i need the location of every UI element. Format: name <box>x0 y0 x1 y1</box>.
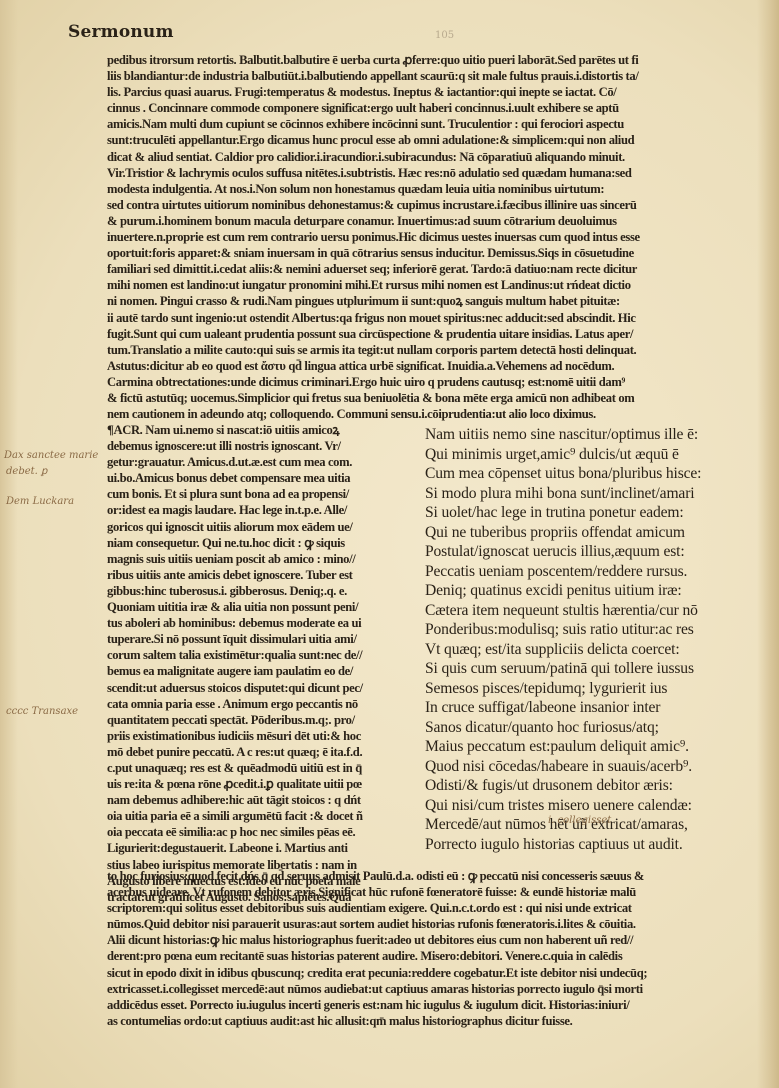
commentary-line: c.put unaquæq; res est & quēadmodū uitiū… <box>107 760 422 776</box>
handwritten-marginal-note: Dem Luckara <box>6 496 74 507</box>
verse-text-column: Nam uitiis nemo sine nascitur/optimus il… <box>425 425 770 854</box>
commentary-line: priis existimationibus iudiciis mēsuri d… <box>107 728 422 744</box>
commentary-line: mō debet punire peccatū. A c res:ut quæq… <box>107 744 422 760</box>
verse-line: Maius peccatum est:paulum deliquit amic⁹… <box>425 737 770 757</box>
verse-line: Sanos dicatur/quanto hoc furiosus/atq; <box>425 718 770 738</box>
commentary-line: Alii dicunt historias:ꝙ hic malus histor… <box>107 932 759 948</box>
commentary-line: quantitatem peccati spectāt. Pōderibus.m… <box>107 712 422 728</box>
commentary-line: niam consequetur. Qui ne.tu.hoc dicit : … <box>107 535 422 551</box>
verse-line: Vt quæq; est/ita suppliciis delicta coer… <box>425 640 770 660</box>
commentary-line: tum.Translatio a milite cauto:qui suis s… <box>107 342 759 358</box>
commentary-line: Ligurierit:degustauerit. Labeone i. Mart… <box>107 840 422 856</box>
commentary-line: extricasset.i.collegisset mercedē:aut nū… <box>107 981 759 997</box>
page-left-edge <box>0 0 18 1088</box>
commentary-line: corum saltem talia existimētur:qualia su… <box>107 647 422 663</box>
commentary-line: sunt:truculēti appellantur.Ergo dicamus … <box>107 132 759 148</box>
verse-line: Odisti/& fugis/ut drusonem debitor æris: <box>425 776 770 796</box>
commentary-line: uis re:ita & pœna rōne ꝓcedit.i.ꝑ qualit… <box>107 776 422 792</box>
commentary-line: bemus ea malignitate augere iam paulatim… <box>107 663 422 679</box>
commentary-line: amicis.Nam multi dum cupiunt se cōcinnos… <box>107 116 759 132</box>
handwritten-marginal-note: cccc Transaxe <box>6 706 78 717</box>
verse-line: Si uolet/hac lege in trutina ponetur ead… <box>425 503 770 523</box>
commentary-line: sicut in epodo dixit in idibus qbuscunq;… <box>107 965 759 981</box>
verse-line: In cruce suffigat/labeone insanior inter <box>425 698 770 718</box>
running-head: Sermonum <box>68 22 174 42</box>
commentary-line: cum bonis. Et si plura sunt bona ad ea p… <box>107 486 422 502</box>
commentary-line: to hoc furiosius:quod fecit dńs q̄ qd̄ s… <box>107 868 759 884</box>
commentary-line: lis. Parcius quasi auarus. Frugi:tempera… <box>107 84 759 100</box>
commentary-line: Astutus:dicitur ab eo quod est ἄστυ qd̄ … <box>107 358 759 374</box>
commentary-line: Carmina obtrectationes:unde dicimus crim… <box>107 374 759 390</box>
commentary-line: modesta indulgentia. At nos.i.Non solum … <box>107 181 759 197</box>
commentary-line: oia uitia paria eē a simili argumētū fac… <box>107 808 422 824</box>
commentary-line: inuertere.n.proprie est cum rem contrari… <box>107 229 759 245</box>
commentary-line: Quoniam uititia iræ & alia uitia non pos… <box>107 599 422 615</box>
handwritten-marginal-note: debet. ꝑ <box>6 466 47 477</box>
commentary-line: as contumelias ordo:ut captiuus audit:as… <box>107 1013 759 1029</box>
commentary-line: mihi nomen est landino:ut iungatur prono… <box>107 277 759 293</box>
verse-line: Deniq; quatinus excidi penitus uitium ir… <box>425 581 770 601</box>
commentary-bottom-block: to hoc furiosius:quod fecit dńs q̄ qd̄ s… <box>107 868 759 1029</box>
verse-line: Peccatis ueniam poscentem/reddere rursus… <box>425 562 770 582</box>
verse-line: Ponderibus:modulisq; suis ratio utitur:a… <box>425 620 770 640</box>
handwritten-marginal-note: Dax sanctee marie <box>4 450 98 461</box>
document-page: Sermonum 105 pedibus itrorsum retortis. … <box>0 0 779 1088</box>
commentary-line: magnis suis uitiis ueniam poscit ab amic… <box>107 551 422 567</box>
verse-line: Cætera item nequeunt stultis hærentia/cu… <box>425 601 770 621</box>
verse-line: Qui ne tuberibus propriis offendat amicu… <box>425 523 770 543</box>
commentary-line: liis blandiantur:de industria balbutiūt.… <box>107 68 759 84</box>
commentary-top-block: pedibus itrorsum retortis. Balbutit.balb… <box>107 52 759 422</box>
commentary-line: ui.bo.Amicus bonus debet compensare mea … <box>107 470 422 486</box>
commentary-line: acerbus uideare. Vt rufonem debitor æris… <box>107 884 759 900</box>
verse-line: Quod nisi cōcedas/habeare in suauis/acer… <box>425 757 770 777</box>
commentary-line: nūmos.Quid debitor nisi parauerit usuras… <box>107 916 759 932</box>
commentary-line: scriptorem:qui solitus esset debitoribus… <box>107 900 759 916</box>
commentary-line: ii autē tardo sunt ingenio:ut ostendit A… <box>107 310 759 326</box>
verse-line: Cum mea cōpenset uitus bona/pluribus his… <box>425 464 770 484</box>
verse-line: Semesos pisces/tepidumq; lygurierit ius <box>425 679 770 699</box>
commentary-line: scendit:ut aduersus stoicos disputet:qui… <box>107 680 422 696</box>
verse-line: Qui minimis urget,amic⁹ dulcis/ut æquū ē <box>425 445 770 465</box>
commentary-line: debemus ignoscere:ut illi nostris ignosc… <box>107 438 422 454</box>
commentary-line: fugit.Sunt qui cum ualeant prudentia pos… <box>107 326 759 342</box>
commentary-line: sed contra uirtutes uitiorum nominibus d… <box>107 197 759 213</box>
commentary-line: tus aboleri ab hominibus: debemus modera… <box>107 615 422 631</box>
commentary-line: gibbus:hinc tuberosus.i. gibberosus. Den… <box>107 583 422 599</box>
commentary-line: tuperare.Si nō possunt īquit dissimulari… <box>107 631 422 647</box>
commentary-line: goricos qui ignoscit uitiis aliorum mox … <box>107 519 422 535</box>
verse-line: Nam uitiis nemo sine nascitur/optimus il… <box>425 425 770 445</box>
verse-line: Si quis cum seruum/patinā qui tollere iu… <box>425 659 770 679</box>
commentary-line: & fictū astutūq; uocemus.Simplicior qui … <box>107 390 759 406</box>
commentary-line: cinnus . Concinnare commode componere si… <box>107 100 759 116</box>
commentary-line: dicat & aliud sentiat. Caldior pro calid… <box>107 149 759 165</box>
commentary-line: cata omnia paria esse . Animum ergo pecc… <box>107 696 422 712</box>
commentary-line: or:idest ea magis laudare. Hac lege in.t… <box>107 502 422 518</box>
handwritten-marginal-note: i. collegisset <box>548 815 611 826</box>
commentary-line: oportuit:foris apparet:& sniam inuersam … <box>107 245 759 261</box>
commentary-line: ¶ACR. Nam ui.nemo si nascat:iō uitiis am… <box>107 422 422 438</box>
commentary-line: getur:grauatur. Amicus.d.ut.æ.est cum me… <box>107 454 422 470</box>
verse-line: Postulat/ignoscat uerucis illius,æquum e… <box>425 542 770 562</box>
commentary-line: & purum.i.hominem bonum macula deturpare… <box>107 213 759 229</box>
folio-number-ghost: 105 <box>435 30 454 41</box>
commentary-line: derent:pro pœna eum recitantē suas histo… <box>107 948 759 964</box>
commentary-line: nem cautionem in adeundo atq; colloquend… <box>107 406 759 422</box>
commentary-line: familiari sed dimittit.i.cedat aliis:& n… <box>107 261 759 277</box>
verse-line: Porrecto iugulo historias captiuus ut au… <box>425 835 770 855</box>
commentary-line: nam debemus adhibere:hic aūt tāgit stoic… <box>107 792 422 808</box>
commentary-line: addicēdus esset. Porrecto iu.iugulus inc… <box>107 997 759 1013</box>
commentary-line: Vir.Tristior & lachrymis oculos suffusa … <box>107 165 759 181</box>
commentary-line: ribus uitiis ante amicis debet ignoscere… <box>107 567 422 583</box>
commentary-line: pedibus itrorsum retortis. Balbutit.balb… <box>107 52 759 68</box>
verse-line: Qui nisi/cum tristes misero uenere calen… <box>425 796 770 816</box>
commentary-left-column: ¶ACR. Nam ui.nemo si nascat:iō uitiis am… <box>107 422 422 905</box>
verse-line: Si modo plura mihi bona sunt/inclinet/am… <box>425 484 770 504</box>
commentary-line: oia peccata eē similia:ac p hoc nec simi… <box>107 824 422 840</box>
commentary-line: ni nomen. Pingui crasso & rudi.Nam pingu… <box>107 293 759 309</box>
